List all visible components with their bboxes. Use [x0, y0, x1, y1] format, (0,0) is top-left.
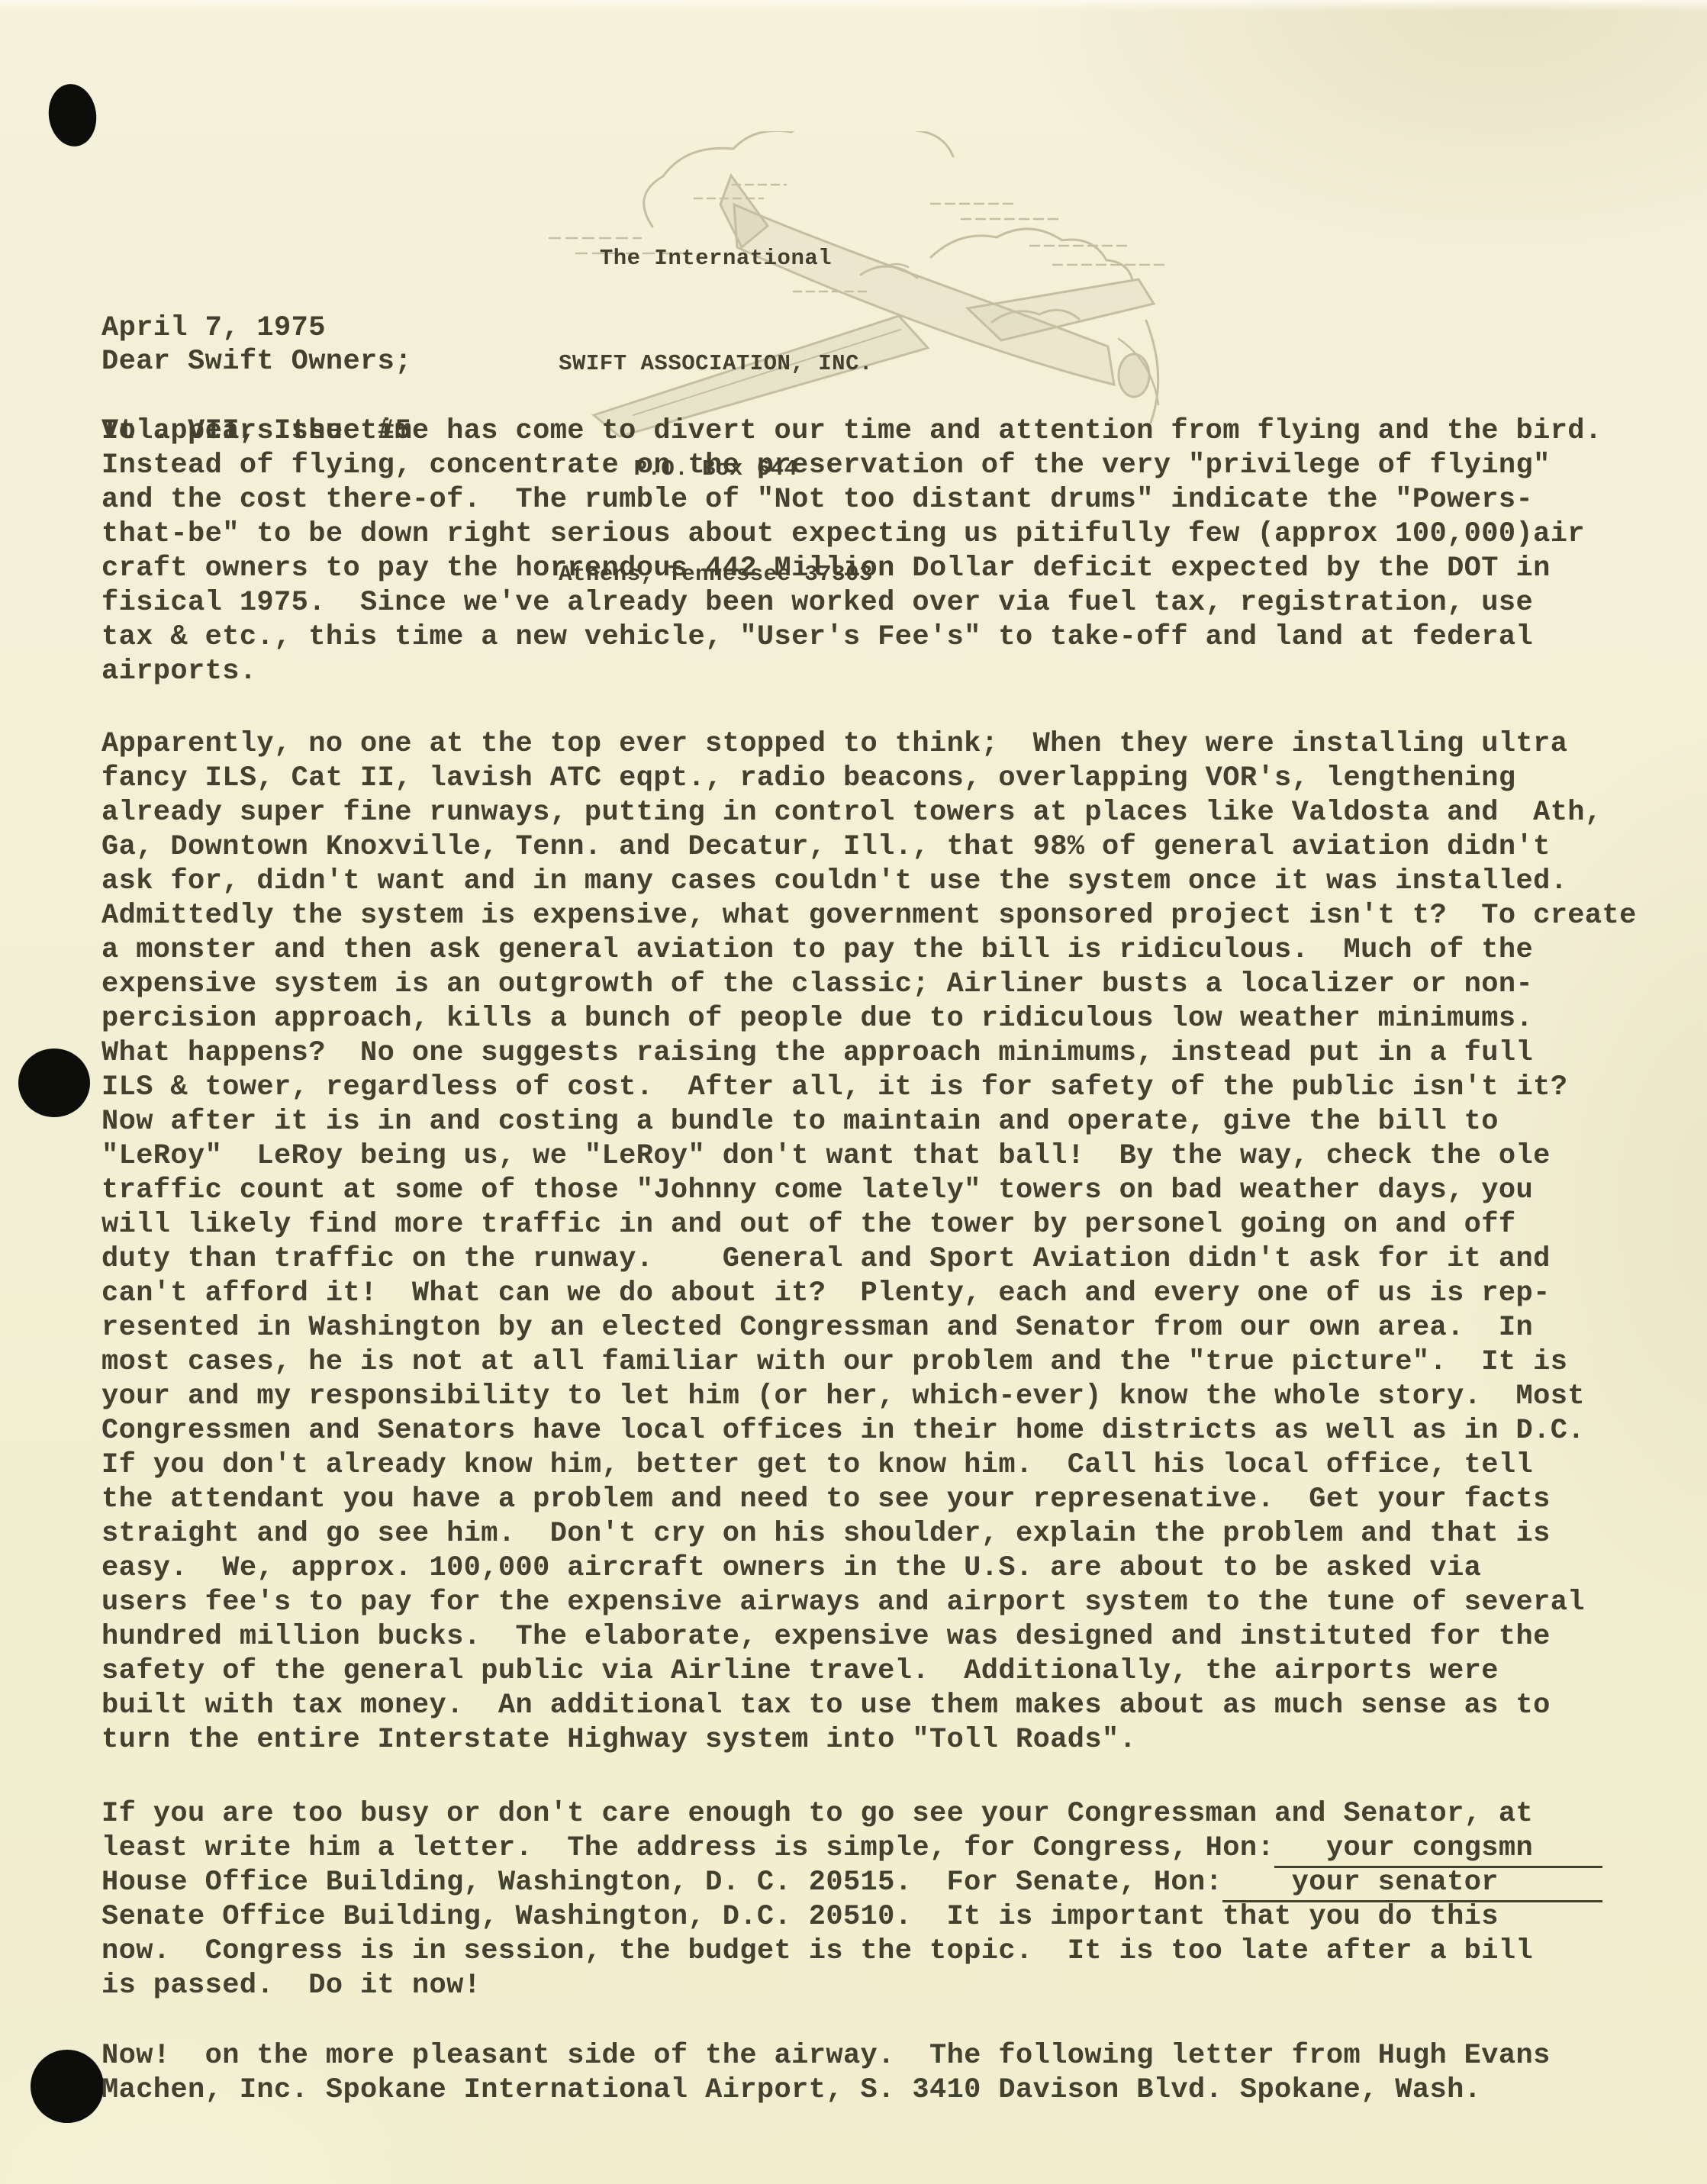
underlined-fill-in: your congsmn: [1274, 1832, 1602, 1868]
text-line: ask for, didn't want and in many cases c…: [101, 865, 1689, 899]
text-line: duty than traffic on the runway. General…: [101, 1242, 1689, 1277]
text-line: Machen, Inc. Spokane International Airpo…: [101, 2073, 1689, 2108]
text-line: and the cost there-of. The rumble of "No…: [101, 483, 1689, 517]
paragraph-pleasant-side: Now! on the more pleasant side of the ai…: [101, 2039, 1689, 2108]
text-line: Apparently, no one at the top ever stopp…: [101, 727, 1689, 762]
text-line: safety of the general public via Airline…: [101, 1654, 1689, 1689]
text-line: already super fine runways, putting in c…: [101, 796, 1689, 830]
hole-punch-bottom: [31, 2050, 104, 2123]
text-line: craft owners to pay the horrendous 442 M…: [101, 552, 1689, 586]
text-line: Congressmen and Senators have local offi…: [101, 1414, 1689, 1448]
text-line: Ga, Downtown Knoxville, Tenn. and Decatu…: [101, 830, 1689, 865]
hole-punch-top: [45, 81, 101, 150]
text-line: resented in Washington by an elected Con…: [101, 1311, 1689, 1345]
text-line: airports.: [101, 655, 1689, 689]
newsletter-page: The International SWIFT ASSOCIATION, INC…: [0, 0, 1707, 2184]
text-line: least write him a letter. The address is…: [101, 1831, 1689, 1866]
org-name-line2: SWIFT ASSOCIATION, INC.: [525, 346, 907, 382]
text-line: most cases, he is not at all familiar wi…: [101, 1345, 1689, 1380]
paragraph-user-fees-intro: It appears the time has come to divert o…: [101, 414, 1689, 689]
underlined-fill-in: your senator: [1222, 1867, 1602, 1902]
text-line: built with tax money. An additional tax …: [101, 1689, 1689, 1723]
text-line: It appears the time has come to divert o…: [101, 414, 1689, 449]
text-line: can't afford it! What can we do about it…: [101, 1277, 1689, 1311]
text-line: straight and go see him. Don't cry on hi…: [101, 1517, 1689, 1551]
text-line: Now after it is in and costing a bundle …: [101, 1105, 1689, 1139]
text-line: expensive system is an outgrowth of the …: [101, 968, 1689, 1002]
text-line: Now! on the more pleasant side of the ai…: [101, 2039, 1689, 2073]
text-line: fisical 1975. Since we've already been w…: [101, 586, 1689, 620]
hole-punch-middle: [18, 1049, 90, 1117]
text-line: "LeRoy" LeRoy being us, we "LeRoy" don't…: [101, 1139, 1689, 1174]
text-line: will likely find more traffic in and out…: [101, 1208, 1689, 1242]
text-line: percision approach, kills a bunch of peo…: [101, 1002, 1689, 1036]
org-name-line1: The International: [525, 241, 907, 276]
text-line: Senate Office Building, Washington, D.C.…: [101, 1900, 1689, 1934]
paragraph-system-cost-argument: Apparently, no one at the top ever stopp…: [101, 727, 1689, 1757]
text-line: users fee's to pay for the expensive air…: [101, 1586, 1689, 1620]
issue-date: April 7, 1975: [101, 311, 412, 346]
text-line: tax & etc., this time a new vehicle, "Us…: [101, 620, 1689, 655]
text-line: a monster and then ask general aviation …: [101, 933, 1689, 968]
text-line: hundred million bucks. The elaborate, ex…: [101, 1620, 1689, 1654]
paragraph-write-congress: If you are too busy or don't care enough…: [101, 1797, 1689, 2003]
text-line: ILS & tower, regardless of cost. After a…: [101, 1071, 1689, 1105]
text-line: fancy ILS, Cat II, lavish ATC eqpt., rad…: [101, 762, 1689, 796]
text-line: What happens? No one suggests raising th…: [101, 1036, 1689, 1071]
text-line: If you are too busy or don't care enough…: [101, 1797, 1689, 1831]
text-line: is passed. Do it now!: [101, 1969, 1689, 2003]
text-line: House Office Building, Washington, D. C.…: [101, 1866, 1689, 1900]
text-line: that-be" to be down right serious about …: [101, 517, 1689, 552]
text-line: Instead of flying, concentrate on the pr…: [101, 449, 1689, 483]
text-line: now. Congress is in session, the budget …: [101, 1934, 1689, 1969]
text-line: the attendant you have a problem and nee…: [101, 1483, 1689, 1517]
text-line: If you don't already know him, better ge…: [101, 1448, 1689, 1483]
text-line: traffic count at some of those "Johnny c…: [101, 1174, 1689, 1208]
text-line: Admittedly the system is expensive, what…: [101, 899, 1689, 933]
text-line: your and my responsibility to let him (o…: [101, 1380, 1689, 1414]
text-line: easy. We, approx. 100,000 aircraft owner…: [101, 1551, 1689, 1586]
salutation: Dear Swift Owners;: [101, 345, 412, 379]
text-line: turn the entire Interstate Highway syste…: [101, 1723, 1689, 1757]
